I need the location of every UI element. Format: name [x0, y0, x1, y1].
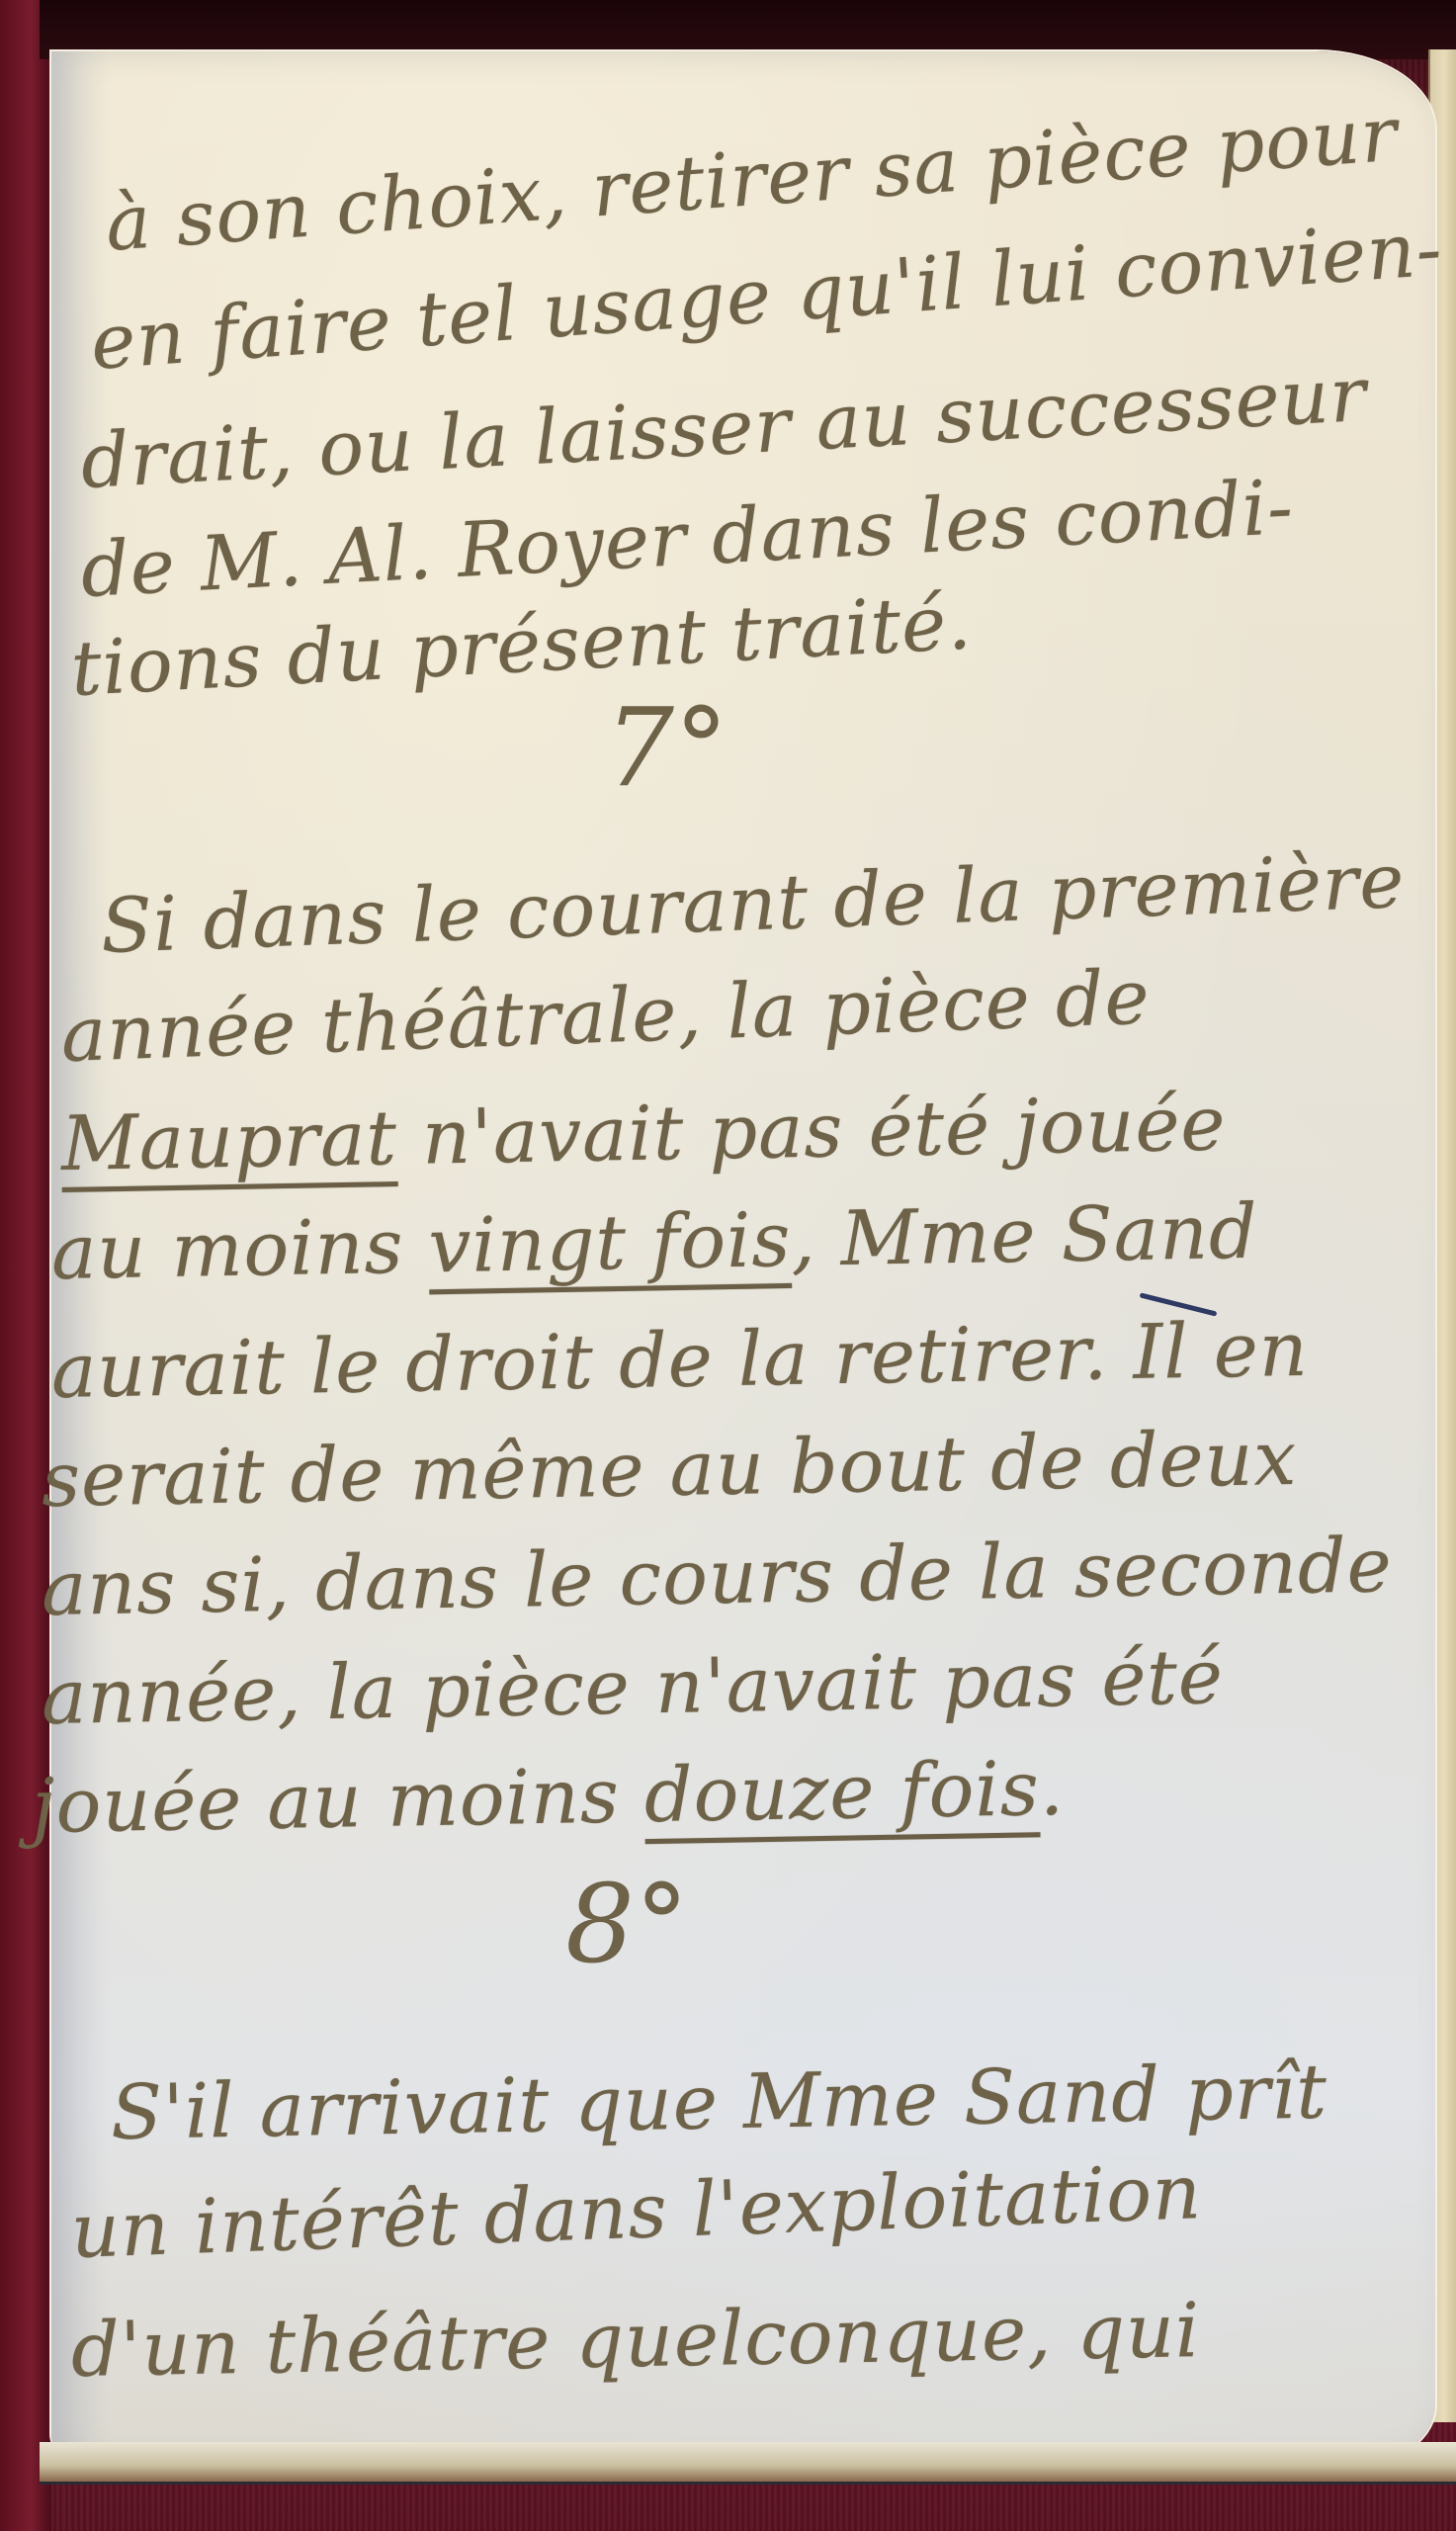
text-fragment: au moins — [50, 1201, 429, 1296]
underlined-vingt-fois: vingt fois — [428, 1195, 792, 1289]
text-line: aurait le droit de la retirer. Il en — [50, 1305, 1309, 1415]
text-line: Mauprat n'avait pas été jouée — [60, 1079, 1227, 1187]
text-line: S'il arrivait que Mme Sand prît — [110, 2048, 1328, 2156]
section-number-7: 7° — [605, 684, 728, 811]
text-line: d'un théâtre quelconque, qui — [70, 2286, 1201, 2394]
text-fragment: jouée au moins — [31, 1751, 644, 1850]
book-binding — [0, 0, 51, 2531]
underlined-douze-fois: douze fois — [643, 1744, 1040, 1839]
text-line: année, la pièce n'avait pas été — [41, 1632, 1224, 1741]
photo-scene: à son choix, retirer sa pièce pour en fa… — [0, 0, 1456, 2531]
top-shadow — [40, 0, 1456, 59]
text-fragment: , Mme Sand — [791, 1187, 1259, 1283]
text-line: serait de même au bout de deux — [41, 1414, 1298, 1524]
text-line: au moins vingt fois, Mme Sand — [50, 1187, 1258, 1296]
handwritten-text: à son choix, retirer sa pièce pour en fa… — [51, 51, 1435, 2464]
text-line: un intérêt dans l'exploitation — [69, 2147, 1203, 2275]
text-line: année théâtrale, la pièce de — [59, 953, 1151, 1079]
text-fragment: . — [1039, 1744, 1066, 1832]
text-line: ans si, dans le cours de la seconde — [41, 1521, 1393, 1632]
underlined-title-mauprat: Mauprat — [60, 1093, 397, 1187]
section-number-8: 8° — [565, 1861, 689, 1987]
text-fragment: n'avait pas été jouée — [396, 1079, 1227, 1181]
text-line: jouée au moins douze fois. — [31, 1744, 1065, 1850]
text-line: Si dans le courant de la première — [99, 836, 1406, 970]
